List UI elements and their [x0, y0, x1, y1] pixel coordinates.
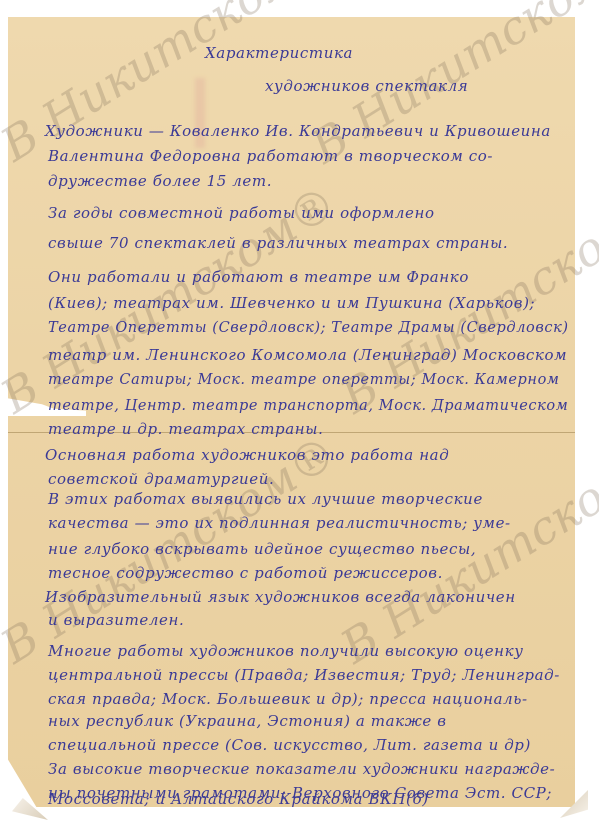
- text-line: Театре Оперетты (Свердловск); Театре Дра…: [48, 320, 569, 336]
- text-line: специальной прессе (Сов. искусство, Лит.…: [48, 736, 531, 754]
- text-line: театре и др. театрах страны.: [48, 420, 323, 438]
- text-line: Основная работа художников это работа на…: [45, 446, 449, 464]
- text-line: Валентина Федоровна работают в творческо…: [48, 147, 493, 165]
- text-line: За высокие творческие показатели художни…: [48, 760, 555, 778]
- text-line: театре, Центр. театре транспорта, Моск. …: [48, 398, 568, 414]
- text-line: и выразителен.: [48, 611, 184, 629]
- text-line: Моссовета; и Алтайского Крайкома ВКП(б): [48, 790, 429, 808]
- text-line: ных республик (Украина, Эстония) а также…: [48, 712, 447, 730]
- text-line: тесное содружество с работой режиссеров.: [48, 564, 443, 582]
- text-line: свыше 70 спектаклей в различных театрах …: [48, 234, 508, 252]
- text-line: За годы совместной работы ими оформлено: [48, 204, 435, 222]
- text-line: Они работали и работают в театре им Фран…: [48, 268, 469, 286]
- text-line: центральной прессы (Правда; Известия; Тр…: [48, 666, 560, 684]
- document-title-line-2: художников спектакля: [265, 77, 468, 95]
- text-line: советской драматургией.: [48, 470, 274, 488]
- document-title-line-1: Характеристика: [205, 44, 353, 62]
- text-line: дружестве более 15 лет.: [48, 172, 272, 190]
- text-line: Многие работы художников получили высоку…: [48, 642, 524, 660]
- text-line: В этих работах выявились их лучшие творч…: [48, 490, 483, 508]
- text-line: ская правда; Моск. Большевик и др); прес…: [48, 690, 528, 708]
- text-line: театре Сатиры; Моск. театре оперетты; Мо…: [48, 372, 560, 388]
- text-line: театр им. Ленинского Комсомола (Ленингра…: [48, 346, 567, 364]
- text-line: Изобразительный язык художников всегда л…: [45, 588, 516, 606]
- text-line: ние глубоко вскрывать идейное существо п…: [48, 540, 476, 558]
- text-line: Художники — Коваленко Ив. Кондратьевич и…: [45, 122, 551, 140]
- text-line: (Киев); театрах им. Шевченко и им Пушкин…: [48, 294, 535, 312]
- text-line: качества — это их подлинная реалистичнос…: [48, 514, 511, 532]
